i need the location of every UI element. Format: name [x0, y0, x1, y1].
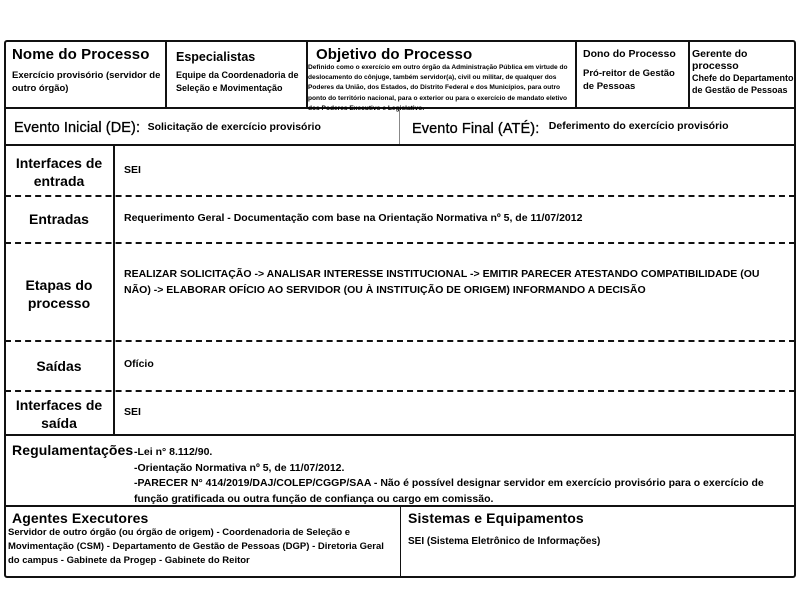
- row-value-input-interfaces: SEI: [124, 163, 784, 178]
- row-label-input-interfaces: Interfaces de entrada: [6, 154, 112, 190]
- process-name-title: Nome do Processo: [12, 46, 162, 63]
- regulations-list: -Lei n° 8.112/90. -Orientação Normativa …: [134, 445, 784, 507]
- specialists-cell: Especialistas Equipe da Coordenadoria de…: [176, 50, 304, 95]
- manager-value: Chefe do Departamento de Gestão de Pesso…: [692, 73, 795, 96]
- initial-event-label: Evento Inicial (DE):: [14, 120, 140, 136]
- row-separator: [5, 242, 795, 244]
- objective-cell: Objetivo do Processo Definido como o exe…: [308, 46, 574, 114]
- manager-title: Gerente do processo: [692, 48, 795, 72]
- row-separator: [5, 340, 795, 342]
- row-separator: [5, 195, 795, 197]
- initial-event-value: Solicitação de exercício provisório: [148, 121, 321, 133]
- regulations-title: Regulamentações: [12, 442, 133, 458]
- specialists-title: Especialistas: [176, 50, 304, 64]
- row-value-inputs: Requerimento Geral - Documentação com ba…: [124, 211, 794, 226]
- agents-value: Servidor de outro órgão (ou órgão de ori…: [8, 526, 398, 568]
- manager-cell: Gerente do processo Chefe do Departament…: [692, 48, 795, 96]
- owner-value: Pró-reitor de Gestão de Pessoas: [583, 67, 687, 93]
- row-label-output-interfaces: Interfaces de saída: [6, 396, 112, 432]
- initial-event: Evento Inicial (DE): Solicitação de exer…: [14, 119, 321, 137]
- final-event: Evento Final (ATÉ): Deferimento do exerc…: [412, 119, 729, 138]
- final-event-label: Evento Final (ATÉ):: [412, 121, 539, 137]
- systems-value: SEI (Sistema Eletrônico de Informações): [408, 534, 793, 549]
- regulation-item: -PARECER N° 414/2019/DAJ/COLEP/CGGP/SAA …: [134, 476, 784, 507]
- divider: [688, 41, 690, 108]
- divider: [400, 506, 401, 577]
- regulation-item: -Lei n° 8.112/90.: [134, 445, 784, 461]
- row-value-process-steps: REALIZAR SOLICITAÇÃO -> ANALISAR INTERES…: [124, 266, 789, 298]
- row-value-output-interfaces: SEI: [124, 405, 784, 420]
- final-event-value: Deferimento do exercício provisório: [549, 120, 729, 132]
- specialists-value: Equipe da Coordenadoria de Seleção e Mov…: [176, 69, 304, 95]
- systems-cell: Sistemas e Equipamentos SEI (Sistema Ele…: [408, 510, 793, 549]
- divider: [5, 144, 795, 146]
- divider: [165, 41, 167, 108]
- objective-title: Objetivo do Processo: [316, 46, 574, 63]
- agents-title: Agentes Executores: [12, 510, 398, 526]
- row-label-outputs: Saídas: [6, 357, 112, 375]
- divider: [575, 41, 577, 108]
- regulations-label: Regulamentações: [12, 442, 133, 460]
- agents-cell: Agentes Executores Servidor de outro órg…: [8, 510, 398, 568]
- row-separator: [5, 390, 795, 392]
- row-label-process-steps: Etapas do processo: [6, 276, 112, 312]
- owner-title: Dono do Processo: [583, 48, 687, 60]
- divider: [5, 434, 795, 436]
- regulation-item: -Orientação Normativa nº 5, de 11/07/201…: [134, 461, 784, 477]
- process-name-value: Exercício provisório (servidor de outro …: [12, 69, 162, 95]
- row-value-outputs: Ofício: [124, 357, 784, 372]
- systems-title: Sistemas e Equipamentos: [408, 510, 793, 526]
- objective-value: Definido como o exercício em outro órgão…: [308, 63, 574, 114]
- row-label-inputs: Entradas: [6, 210, 112, 228]
- owner-cell: Dono do Processo Pró-reitor de Gestão de…: [583, 48, 687, 93]
- process-name-cell: Nome do Processo Exercício provisório (s…: [12, 46, 162, 95]
- divider: [399, 109, 400, 144]
